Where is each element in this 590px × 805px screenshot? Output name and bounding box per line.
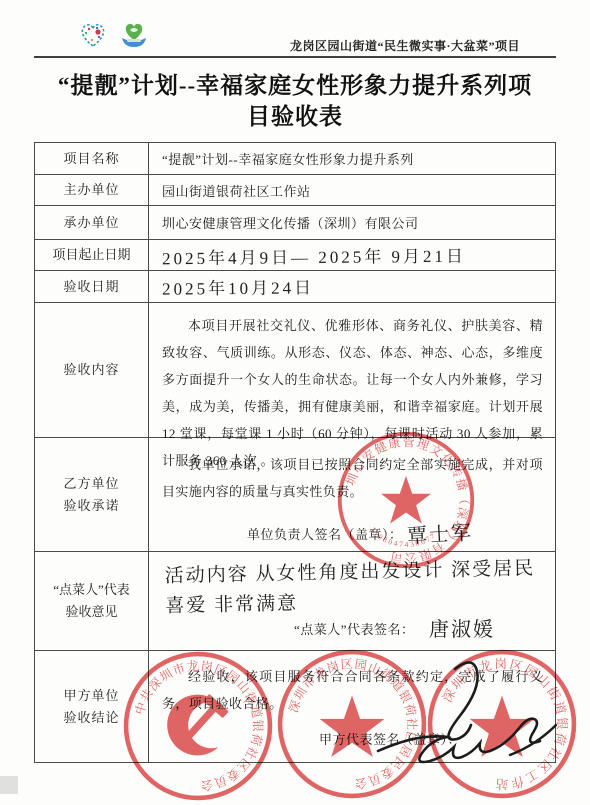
form-title: “提靓”计划--幸福家庭女性形象力提升系列项目验收表 <box>55 70 535 132</box>
row-diner-rep-opinion: “点菜人”代表 验收意见 活动内容 从女性角度出发设计 深受居民喜爱 非常满意 … <box>35 551 555 650</box>
row-label: 验收日期 <box>35 271 149 302</box>
party-a-conclusion-text: 经验收，该项目服务符合合同各条款约定，完成了履行义务，项目验收合格。 <box>149 651 555 721</box>
row-host-unit: 主办单位 园山街道银荷社区工作站 <box>35 174 555 205</box>
party-b-sign-label: 单位负责人签名（盖章）： <box>247 524 403 543</box>
row-label: “点菜人”代表 验收意见 <box>35 552 149 650</box>
header-rule <box>34 56 556 58</box>
party-b-promise-text: 我单位承诺，该项目已按照合同约定全部实施完成，并对项目实施内容的质量与真实性负责… <box>149 438 555 509</box>
project-dates-handwritten: 2025年4月9日— 2025年 9月21日 <box>162 241 466 269</box>
acceptance-table: 项目名称 “提靓”计划--幸福家庭女性形象力提升系列 主办单位 园山街道银荷社区… <box>34 142 556 763</box>
row-label: 项目起止日期 <box>35 240 149 270</box>
party-a-sign-label: 甲方代表签名（盖章）： <box>319 729 461 748</box>
page-header: 龙岗区园山街道“民生微实事·大盆菜”项目 <box>34 14 556 56</box>
dapencai-heart-bowl-logo-icon <box>117 18 151 52</box>
row-party-a-conclusion: 甲方单位 验收结论 经验收，该项目服务符合合同各条款约定，完成了履行义务，项目验… <box>35 650 555 762</box>
row-label: 甲方单位 验收结论 <box>35 651 149 762</box>
row-project-name: 项目名称 “提靓”计划--幸福家庭女性形象力提升系列 <box>35 143 555 174</box>
row-acceptance-content: 验收内容 本项目开展社交礼仪、优雅形体、商务礼仪、护肤美容、精致妆容、气质训练。… <box>35 302 555 437</box>
row-party-b-promise: 乙方单位 验收承诺 我单位承诺，该项目已按照合同约定全部实施完成，并对项目实施内… <box>35 437 555 551</box>
undertaker-value: 圳心安健康管理文化传播（深圳）有限公司 <box>149 206 555 239</box>
row-label: 乙方单位 验收承诺 <box>35 438 149 551</box>
header-logos <box>78 18 151 52</box>
diner-rep-signature-handwritten: 唐淑媛 <box>429 613 495 642</box>
scan-artifact <box>0 776 18 794</box>
row-acceptance-date: 验收日期 2025年10月24日 <box>35 270 555 302</box>
project-name-value: “提靓”计划--幸福家庭女性形象力提升系列 <box>149 143 555 174</box>
row-label: 验收内容 <box>35 303 149 437</box>
header-program-label: 龙岗区园山街道“民生微实事·大盆菜”项目 <box>290 37 520 54</box>
party-b-signature-handwritten: 覃士军 <box>406 516 473 548</box>
row-label: 主办单位 <box>35 175 149 205</box>
acceptance-date-handwritten: 2025年10月24日 <box>162 273 314 299</box>
row-label: 项目名称 <box>35 143 149 174</box>
row-undertaker: 承办单位 圳心安健康管理文化传播（深圳）有限公司 <box>35 205 555 239</box>
minsheng-heart-logo-icon <box>78 20 108 50</box>
diner-rep-comment-handwritten: 活动内容 从女性角度出发设计 深受居民喜爱 非常满意 <box>164 554 545 622</box>
row-project-dates: 项目起止日期 2025年4月9日— 2025年 9月21日 <box>35 239 555 270</box>
acceptance-form-page: 龙岗区园山街道“民生微实事·大盆菜”项目 “提靓”计划--幸福家庭女性形象力提升… <box>0 0 590 805</box>
row-label: 承办单位 <box>35 206 149 239</box>
host-unit-value: 园山街道银荷社区工作站 <box>149 175 555 205</box>
diner-rep-sign-label: “点菜人”代表签名： <box>294 619 415 638</box>
